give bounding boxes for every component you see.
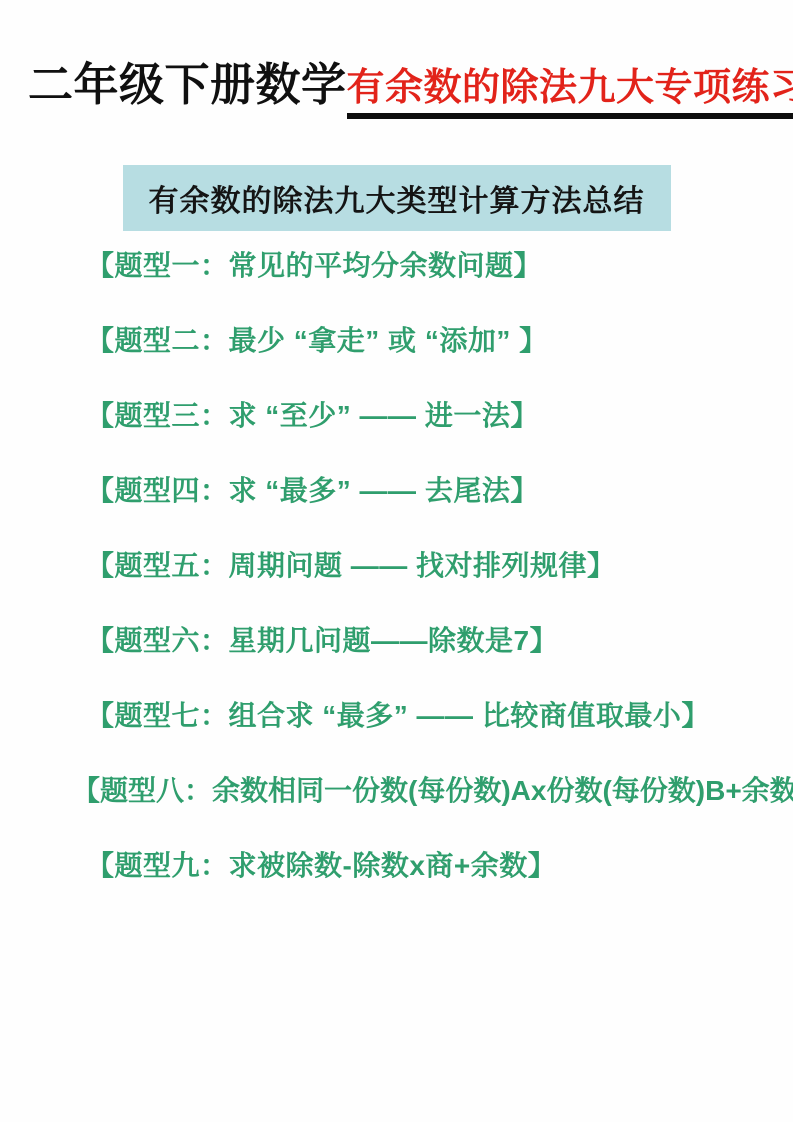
list-item-type-4: 【题型四：求 “最多” —— 去尾法】: [86, 476, 776, 505]
page-title-grade-part: 二年级下册数学: [28, 59, 347, 110]
page-title-topic-part: 有余数的除法九大专项练习: [347, 67, 793, 119]
summary-badge: 有余数的除法九大类型计算方法总结: [123, 165, 671, 231]
page-title: 二年级下册数学有余数的除法九大专项练习: [28, 62, 773, 107]
type-list: 【题型一：常见的平均分余数问题】 【题型二：最少 “拿走” 或 “添加” 】 【…: [86, 251, 776, 926]
worksheet-page: 二年级下册数学有余数的除法九大专项练习 有余数的除法九大类型计算方法总结 【题型…: [0, 0, 793, 1122]
list-item-type-1: 【题型一：常见的平均分余数问题】: [86, 251, 776, 280]
list-item-type-9: 【题型九：求被除数-除数x商+余数】: [86, 851, 776, 880]
list-item-type-8: 【题型八：余数相同一份数(每份数)Ax份数(每份数)B+余数】: [72, 776, 776, 805]
list-item-type-6: 【题型六：星期几问题——除数是7】: [86, 626, 776, 655]
list-item-type-2: 【题型二：最少 “拿走” 或 “添加” 】: [86, 326, 776, 355]
list-item-type-3: 【题型三：求 “至少” —— 进一法】: [86, 401, 776, 430]
list-item-type-5: 【题型五：周期问题 —— 找对排列规律】: [86, 551, 776, 580]
list-item-type-7: 【题型七：组合求 “最多” —— 比较商值取最小】: [86, 701, 776, 730]
